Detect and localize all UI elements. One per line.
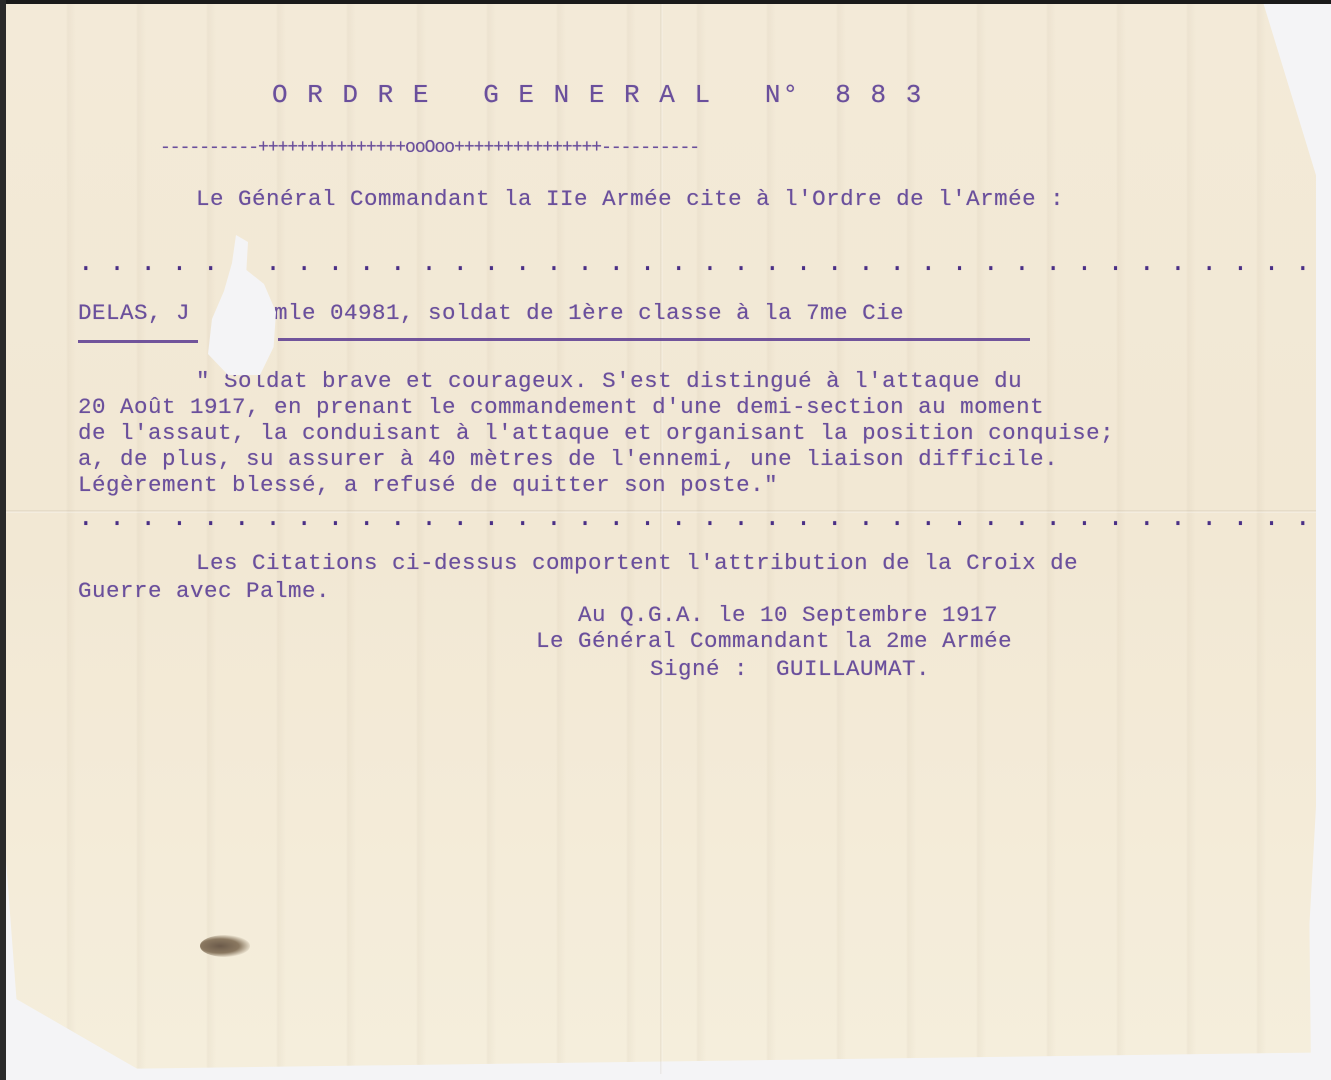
citation-line: " Soldat brave et courageux. S'est disti… xyxy=(196,368,1022,394)
signature-place-date: Au Q.G.A. le 10 Septembre 1917 xyxy=(578,602,998,628)
scanner-edge-top xyxy=(0,0,1331,4)
separator-dots-top: . . . . . . . . . . . . . . . . . . . . … xyxy=(78,248,1331,278)
award-line: Guerre avec Palme. xyxy=(78,578,330,604)
award-line: Les Citations ci-dessus comportent l'att… xyxy=(196,550,1078,576)
citation-line: de l'assaut, la conduisant à l'attaque e… xyxy=(78,420,1114,446)
document-title: O R D R E G E N E R A L N° 8 8 3 xyxy=(272,80,923,110)
citation-line: 20 Août 1917, en prenant le commandement… xyxy=(78,394,1044,420)
citation-line: a, de plus, su assurer à 40 mètres de l'… xyxy=(78,446,1058,472)
signature-name: Signé : GUILLAUMAT. xyxy=(650,656,930,682)
separator-dots-bottom: . . . . . . . . . . . . . . . . . . . . … xyxy=(78,503,1331,533)
scanner-edge-left xyxy=(0,0,6,1080)
ink-stain xyxy=(200,935,250,957)
fold-crease-vertical xyxy=(660,4,663,1074)
signature-role: Le Général Commandant la 2me Armée xyxy=(536,628,1012,654)
soldier-line: DELAS, J , mle 04981, soldat de 1ère cla… xyxy=(78,300,904,326)
soldier-underline-left xyxy=(78,340,198,343)
citation-line: Légèrement blessé, a refusé de quitter s… xyxy=(78,472,778,498)
title-ornament: ----------+++++++++++++++ooOoo++++++++++… xyxy=(160,138,699,158)
intro-line: Le Général Commandant la IIe Armée cite … xyxy=(196,186,1064,212)
soldier-underline-right xyxy=(278,338,1030,341)
